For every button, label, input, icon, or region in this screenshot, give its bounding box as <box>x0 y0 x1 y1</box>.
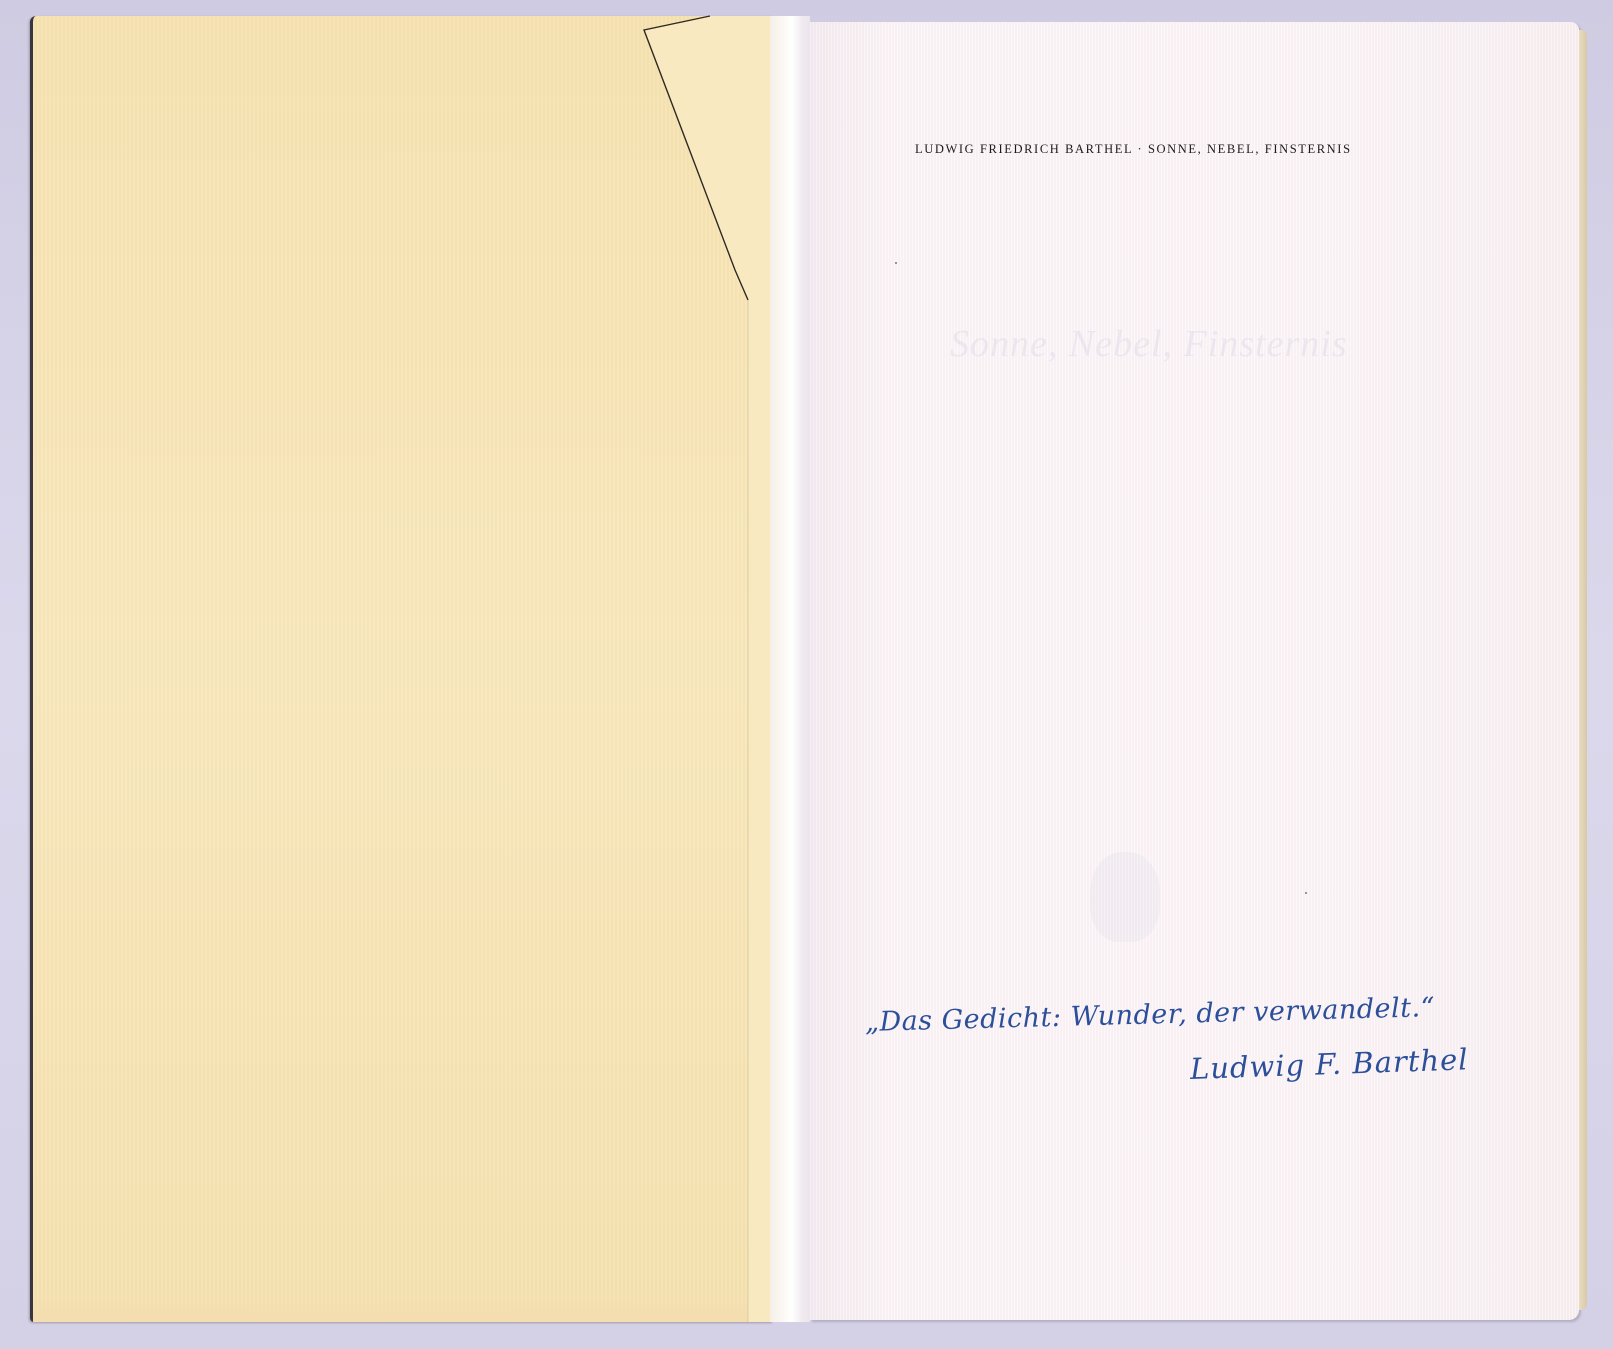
handwritten-inscription: „Das Gedicht: Wunder, der verwandelt.“ <box>865 992 1436 1038</box>
show-through-emblem <box>1090 852 1160 942</box>
paper-speck <box>1305 892 1307 894</box>
handwritten-signature: Ludwig F. Barthel <box>1189 1042 1469 1086</box>
right-page: Ludwig Friedrich Barthel · Sonne, Nebel,… <box>810 22 1579 1320</box>
flap-shape <box>644 16 770 1322</box>
page-block-edge <box>1579 30 1587 1310</box>
half-title-header: Ludwig Friedrich Barthel · Sonne, Nebel,… <box>915 142 1352 157</box>
paper-speck <box>895 262 897 264</box>
show-through-title: Sonne, Nebel, Finsternis <box>950 322 1348 366</box>
